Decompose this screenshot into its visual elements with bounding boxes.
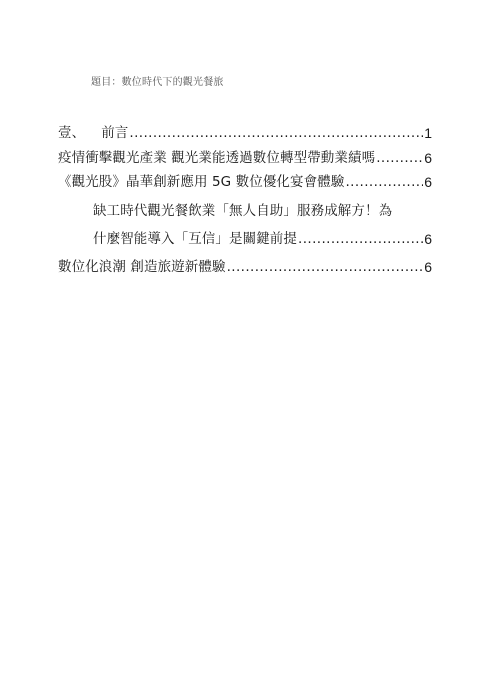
toc-entry-5g-banquet[interactable]: 《觀光股》晶華創新應用 5G 數位優化宴會體驗 6 <box>58 172 432 192</box>
toc-dot-leader <box>129 123 423 143</box>
toc-entry-label: 數位化浪潮 創造旅遊新體驗 <box>58 257 226 277</box>
toc-entry-line-2: 什麼智能導入「互信」是關鍵前提 6 <box>93 229 432 249</box>
document-title: 題目：數位時代下的觀光餐旅 <box>91 73 224 88</box>
toc-page-number: 6 <box>424 148 432 168</box>
toc-heading-number: 壹、 <box>58 125 85 141</box>
toc-entry-label: 《觀光股》晶華創新應用 5G 數位優化宴會體驗 <box>58 172 344 192</box>
document-page: 題目：數位時代下的觀光餐旅 壹、前言 1 疫情衝擊觀光產業 觀光業能透過數位轉型… <box>0 0 495 700</box>
toc-page-number: 6 <box>424 172 432 192</box>
toc-dot-leader <box>376 148 423 168</box>
toc-dot-leader <box>345 172 423 192</box>
toc-dot-leader <box>298 229 423 249</box>
toc-heading-title: 前言 <box>101 125 128 141</box>
toc-dot-leader <box>227 257 424 277</box>
toc-entry-label: 缺工時代觀光餐飲業「無人自助」服務成解方！為 <box>93 201 392 221</box>
toc-entry-label: 壹、前言 <box>58 123 128 143</box>
toc-entry-introduction[interactable]: 壹、前言 1 <box>58 123 432 143</box>
toc-page-number: 1 <box>424 123 432 143</box>
toc-entry-line-1: 缺工時代觀光餐飲業「無人自助」服務成解方！為 <box>93 201 432 221</box>
toc-page-number: 6 <box>424 257 432 277</box>
toc-entry-label: 什麼智能導入「互信」是關鍵前提 <box>93 229 297 249</box>
toc-entry-pandemic-impact[interactable]: 疫情衝擊觀光產業 觀光業能透過數位轉型帶動業績嗎 6 <box>58 148 432 168</box>
toc-entry-label: 疫情衝擊觀光產業 觀光業能透過數位轉型帶動業績嗎 <box>58 148 375 168</box>
toc-page-number: 6 <box>424 229 432 249</box>
toc-entry-digital-wave[interactable]: 數位化浪潮 創造旅遊新體驗 6 <box>58 257 432 277</box>
